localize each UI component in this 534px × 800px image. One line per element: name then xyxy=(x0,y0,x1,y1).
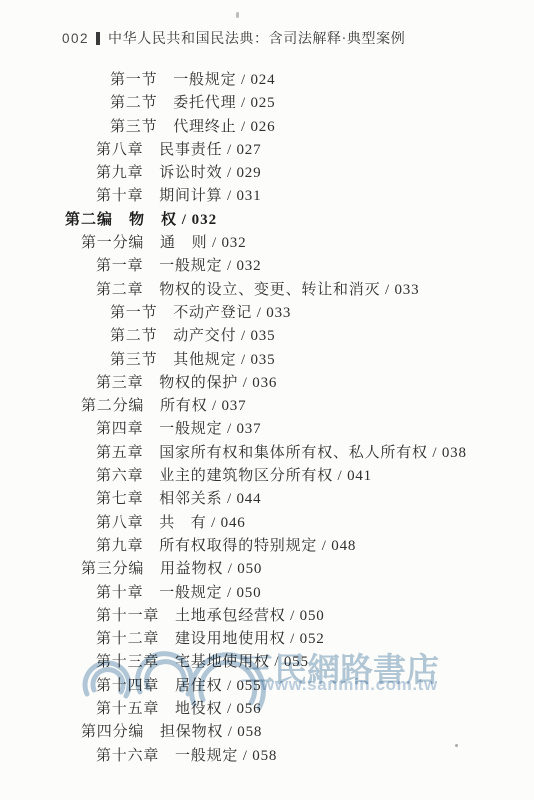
toc-entry: 第三节 代理终止 / 026 xyxy=(65,116,467,139)
toc-entry: 第十六章 一般规定 / 058 xyxy=(65,745,467,768)
toc-entry: 第七章 相邻关系 / 044 xyxy=(65,488,467,511)
toc-entry: 第二节 委托代理 / 025 xyxy=(65,92,467,115)
toc-entry: 第六章 业主的建筑物区分所有权 / 041 xyxy=(65,465,467,488)
running-header: 002 中华人民共和国民法典：含司法解释·典型案例 xyxy=(62,28,405,48)
header-divider xyxy=(96,32,100,45)
toc-entry: 第八章 共 有 / 046 xyxy=(65,512,467,535)
toc-entry: 第三分编 用益物权 / 050 xyxy=(65,558,467,581)
toc-entry: 第三章 物权的保护 / 036 xyxy=(65,372,467,395)
book-title: 中华人民共和国民法典：含司法解释·典型案例 xyxy=(108,28,405,48)
page-number: 002 xyxy=(62,31,89,46)
toc-entry: 第九章 所有权取得的特别规定 / 048 xyxy=(65,535,467,558)
toc-entry: 第一分编 通 则 / 032 xyxy=(65,232,467,255)
toc-entry: 第十四章 居住权 / 055 xyxy=(65,675,467,698)
toc-entry-part: 第二编 物 权 / 032 xyxy=(65,209,467,232)
toc-entry: 第八章 民事责任 / 027 xyxy=(65,139,467,162)
toc-entry: 第四分编 担保物权 / 058 xyxy=(65,721,467,744)
toc-entry: 第九章 诉讼时效 / 029 xyxy=(65,162,467,185)
toc-entry: 第十章 一般规定 / 050 xyxy=(65,582,467,605)
toc-entry: 第一章 一般规定 / 032 xyxy=(65,255,467,278)
toc-entry: 第二分编 所有权 / 037 xyxy=(65,395,467,418)
toc-entry: 第十三章 宅基地使用权 / 055 xyxy=(65,651,467,674)
toc-entry: 第五章 国家所有权和集体所有权、私人所有权 / 038 xyxy=(65,442,467,465)
toc-entry: 第十二章 建设用地使用权 / 052 xyxy=(65,628,467,651)
toc-entry: 第二节 动产交付 / 035 xyxy=(65,325,467,348)
scanned-book-page: 002 中华人民共和国民法典：含司法解释·典型案例 第一节 一般规定 / 024… xyxy=(0,0,534,800)
toc-entry: 第四章 一般规定 / 037 xyxy=(65,418,467,441)
toc-entry: 第十一章 土地承包经营权 / 050 xyxy=(65,605,467,628)
table-of-contents: 第一节 一般规定 / 024 第二节 委托代理 / 025 第三节 代理终止 /… xyxy=(65,69,467,768)
toc-entry: 第三节 其他规定 / 035 xyxy=(65,349,467,372)
toc-entry: 第十章 期间计算 / 031 xyxy=(65,185,467,208)
scan-speck xyxy=(236,12,239,18)
toc-entry: 第十五章 地役权 / 056 xyxy=(65,698,467,721)
toc-entry: 第二章 物权的设立、变更、转让和消灭 / 033 xyxy=(65,279,467,302)
toc-entry: 第一节 不动产登记 / 033 xyxy=(65,302,467,325)
toc-entry: 第一节 一般规定 / 024 xyxy=(65,69,467,92)
